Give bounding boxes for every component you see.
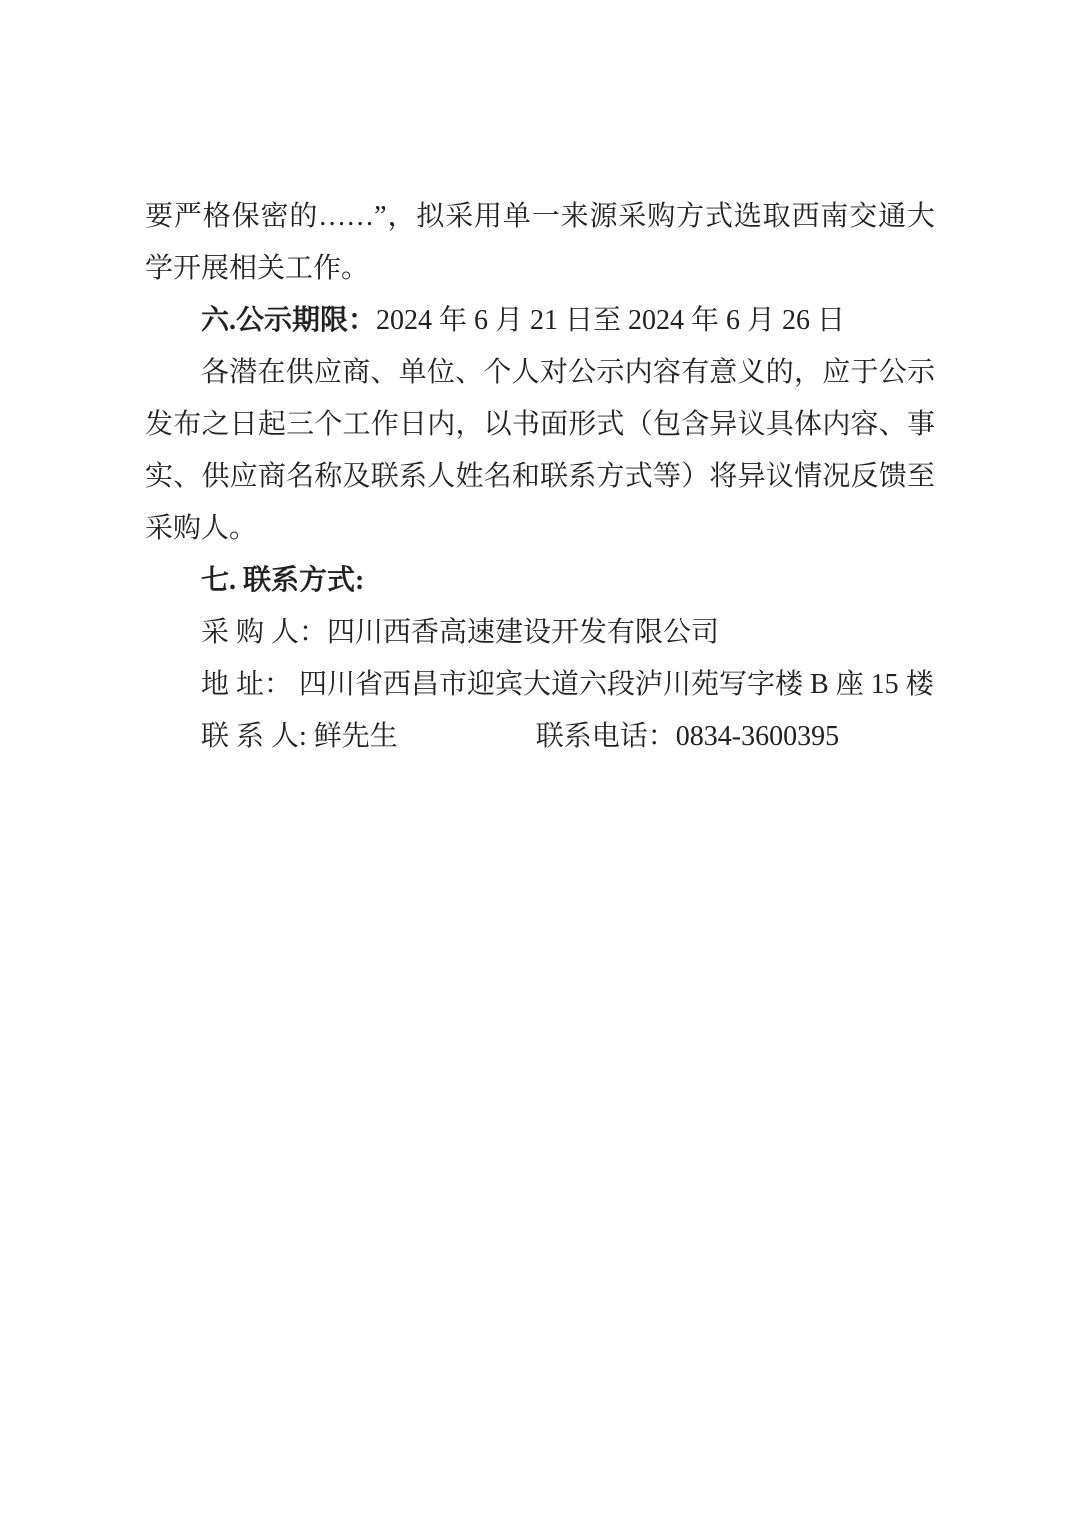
heading-contact-info: 七. 联系方式: bbox=[145, 555, 935, 607]
paragraph-publicity-period: 六.公示期限：2024 年 6 月 21 日至 2024 年 6 月 26 日 bbox=[145, 295, 935, 347]
paragraph-objection-notice: 各潜在供应商、单位、个人对公示内容有意义的，应于公示发布之日起三个工作日内，以书… bbox=[145, 347, 935, 555]
paragraph-closing-remark: 要严格保密的……”，拟采用单一来源采购方式选取西南交通大学开展相关工作。 bbox=[145, 191, 935, 295]
document-page: 要严格保密的……”，拟采用单一来源采购方式选取西南交通大学开展相关工作。 六.公… bbox=[0, 0, 1080, 1527]
publicity-period-heading: 六.公示期限： bbox=[201, 305, 376, 336]
contact-heading-text: 七. 联系方式: bbox=[201, 565, 364, 596]
contact-phone-text: 联系电话：0834-3600395 bbox=[536, 721, 839, 752]
contact-person-text: 联 系 人: 鲜先生 bbox=[201, 721, 398, 752]
paragraph-contact-line: 联 系 人: 鲜先生联系电话：0834-3600395 bbox=[145, 711, 935, 763]
closing-remark-text: 要严格保密的……”，拟采用单一来源采购方式选取西南交通大学开展相关工作。 bbox=[145, 201, 935, 284]
address-line-text: 地 址： 四川省西昌市迎宾大道六段泸川苑写字楼 B 座 15 楼 bbox=[201, 669, 934, 700]
objection-notice-text: 各潜在供应商、单位、个人对公示内容有意义的，应于公示发布之日起三个工作日内，以书… bbox=[145, 357, 935, 544]
document-content: 要严格保密的……”，拟采用单一来源采购方式选取西南交通大学开展相关工作。 六.公… bbox=[145, 191, 935, 763]
publicity-period-dates: 2024 年 6 月 21 日至 2024 年 6 月 26 日 bbox=[376, 305, 845, 336]
purchaser-line-text: 采 购 人：四川西香高速建设开发有限公司 bbox=[201, 617, 719, 648]
paragraph-purchaser: 采 购 人：四川西香高速建设开发有限公司 bbox=[145, 607, 935, 659]
paragraph-address: 地 址： 四川省西昌市迎宾大道六段泸川苑写字楼 B 座 15 楼 bbox=[145, 659, 935, 711]
